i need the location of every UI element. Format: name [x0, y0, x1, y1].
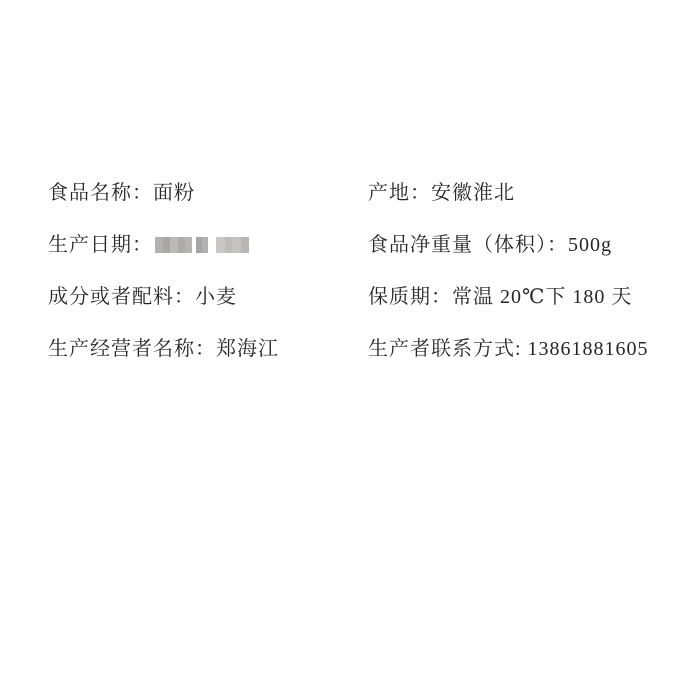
info-row-4: 生产经营者名称：郑海江 生产者联系方式: 13861881605: [48, 335, 668, 387]
redacted-date-blur-segment: [216, 237, 249, 253]
redacted-date-blur: [155, 231, 249, 259]
redacted-date-blur-segment: [155, 237, 192, 253]
food-name-field: 食品名称：面粉: [48, 179, 368, 207]
info-row-2: 生产日期： 食品净重量（体积）：500g: [48, 231, 668, 283]
producer-contact-field: 生产者联系方式: 13861881605: [368, 335, 668, 363]
production-date-label: 生产日期：: [48, 234, 153, 256]
ingredients-field: 成分或者配料：小麦: [48, 283, 368, 311]
info-row-1: 食品名称：面粉 产地：安徽淮北: [48, 179, 668, 231]
redacted-date-blur-segment: [196, 237, 208, 253]
shelf-life-field: 保质期：常温 20℃下 180 天: [368, 283, 668, 311]
origin-field: 产地：安徽淮北: [368, 179, 668, 207]
producer-name-field: 生产经营者名称：郑海江: [48, 335, 368, 363]
product-label-image: 食品名称：面粉 产地：安徽淮北 生产日期： 食品净重量（体积）：500g 成分或…: [0, 0, 700, 700]
production-date-field: 生产日期：: [48, 231, 368, 259]
info-row-3: 成分或者配料：小麦 保质期：常温 20℃下 180 天: [48, 283, 668, 335]
product-info-table: 食品名称：面粉 产地：安徽淮北 生产日期： 食品净重量（体积）：500g 成分或…: [48, 179, 668, 387]
net-weight-field: 食品净重量（体积）：500g: [368, 231, 668, 259]
